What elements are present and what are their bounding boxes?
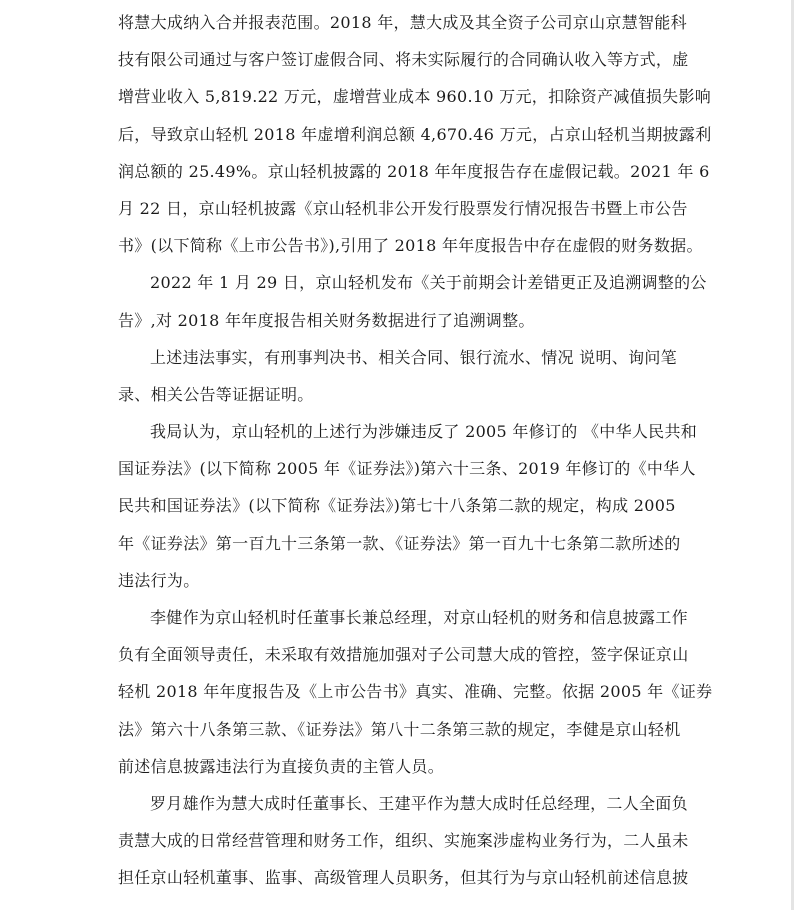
text-line: 润总额的 25.49%。京山轻机披露的 2018 年年度报告存在虚假记载。202… — [118, 153, 674, 190]
text-line: 录、相关公告等证据证明。 — [118, 376, 674, 413]
text-line: 月 22 日，京山轻机披露《京山轻机非公开发行股票发行情况报告书暨上市公告 — [118, 190, 674, 227]
text-line: 轻机 2018 年年度报告及《上市公告书》真实、准确、完整。依据 2005 年《… — [118, 673, 674, 710]
paragraph-responsible-persons-luo-wang: 罗月雄作为慧大成时任董事长、王建平作为慧大成时任总经理，二人全面负 责慧大成的日… — [118, 785, 674, 897]
text-line: 上述违法事实，有刑事判决书、相关合同、银行流水、情况 说明、询问笔 — [118, 339, 674, 376]
text-line: 负有全面领导责任，未采取有效措施加强对子公司慧大成的管控，签字保证京山 — [118, 636, 674, 673]
text-line: 增营业收入 5,819.22 万元，虚增营业成本 960.10 万元，扣除资产减… — [118, 78, 674, 115]
text-line: 告》,对 2018 年年度报告相关财务数据进行了追溯调整。 — [118, 302, 674, 339]
text-line: 民共和国证券法》(以下简称《证券法》)第七十八条第二款的规定，构成 2005 — [118, 487, 674, 524]
document-page: 将慧大成纳入合并报表范围。2018 年，慧大成及其全资子公司京山京慧智能科 技有… — [0, 0, 791, 910]
paragraph-evidence: 上述违法事实，有刑事判决书、相关合同、银行流水、情况 说明、询问笔 录、相关公告… — [118, 339, 674, 413]
text-line: 李健作为京山轻机时任董事长兼总经理，对京山轻机的财务和信息披露工作 — [118, 599, 674, 636]
text-line: 法》第六十八条第三款、《证券法》第八十二条第三款的规定，李健是京山轻机 — [118, 711, 674, 748]
text-line: 年《证券法》第一百九十三条第一款、《证券法》第一百九十七条第二款所述的 — [118, 525, 674, 562]
paragraph-responsible-person-lijian: 李健作为京山轻机时任董事长兼总经理，对京山轻机的财务和信息披露工作 负有全面领导… — [118, 599, 674, 785]
text-line: 担任京山轻机董事、监事、高级管理人员职务，但其行为与京山轻机前述信息披 — [118, 859, 674, 896]
paragraph-financial-fraud: 将慧大成纳入合并报表范围。2018 年，慧大成及其全资子公司京山京慧智能科 技有… — [118, 4, 674, 264]
text-line: 违法行为。 — [118, 562, 674, 599]
text-line: 将慧大成纳入合并报表范围。2018 年，慧大成及其全资子公司京山京慧智能科 — [118, 4, 674, 41]
text-line: 前述信息披露违法行为直接负责的主管人员。 — [118, 748, 674, 785]
text-line: 技有限公司通过与客户签订虚假合同、将未实际履行的合同确认收入等方式，虚 — [118, 41, 674, 78]
paragraph-legal-violation: 我局认为，京山轻机的上述行为涉嫌违反了 2005 年修订的 《中华人民共和 国证… — [118, 413, 674, 599]
text-line: 国证券法》(以下简称 2005 年《证券法》)第六十三条、2019 年修订的《中… — [118, 450, 674, 487]
text-line: 罗月雄作为慧大成时任董事长、王建平作为慧大成时任总经理，二人全面负 — [118, 785, 674, 822]
paragraph-correction-notice: 2022 年 1 月 29 日，京山轻机发布《关于前期会计差错更正及追溯调整的公… — [118, 264, 674, 338]
text-line: 后，导致京山轻机 2018 年虚增利润总额 4,670.46 万元，占京山轻机当… — [118, 116, 674, 153]
text-line: 责慧大成的日常经营管理和财务工作，组织、实施案涉虚构业务行为，二人虽未 — [118, 822, 674, 859]
text-line: 2022 年 1 月 29 日，京山轻机发布《关于前期会计差错更正及追溯调整的公 — [118, 264, 674, 301]
document-body: 将慧大成纳入合并报表范围。2018 年，慧大成及其全资子公司京山京慧智能科 技有… — [118, 4, 674, 897]
text-line: 书》(以下简称《上市公告书》),引用了 2018 年年度报告中存在虚假的财务数据… — [118, 227, 674, 264]
text-line: 我局认为，京山轻机的上述行为涉嫌违反了 2005 年修订的 《中华人民共和 — [118, 413, 674, 450]
